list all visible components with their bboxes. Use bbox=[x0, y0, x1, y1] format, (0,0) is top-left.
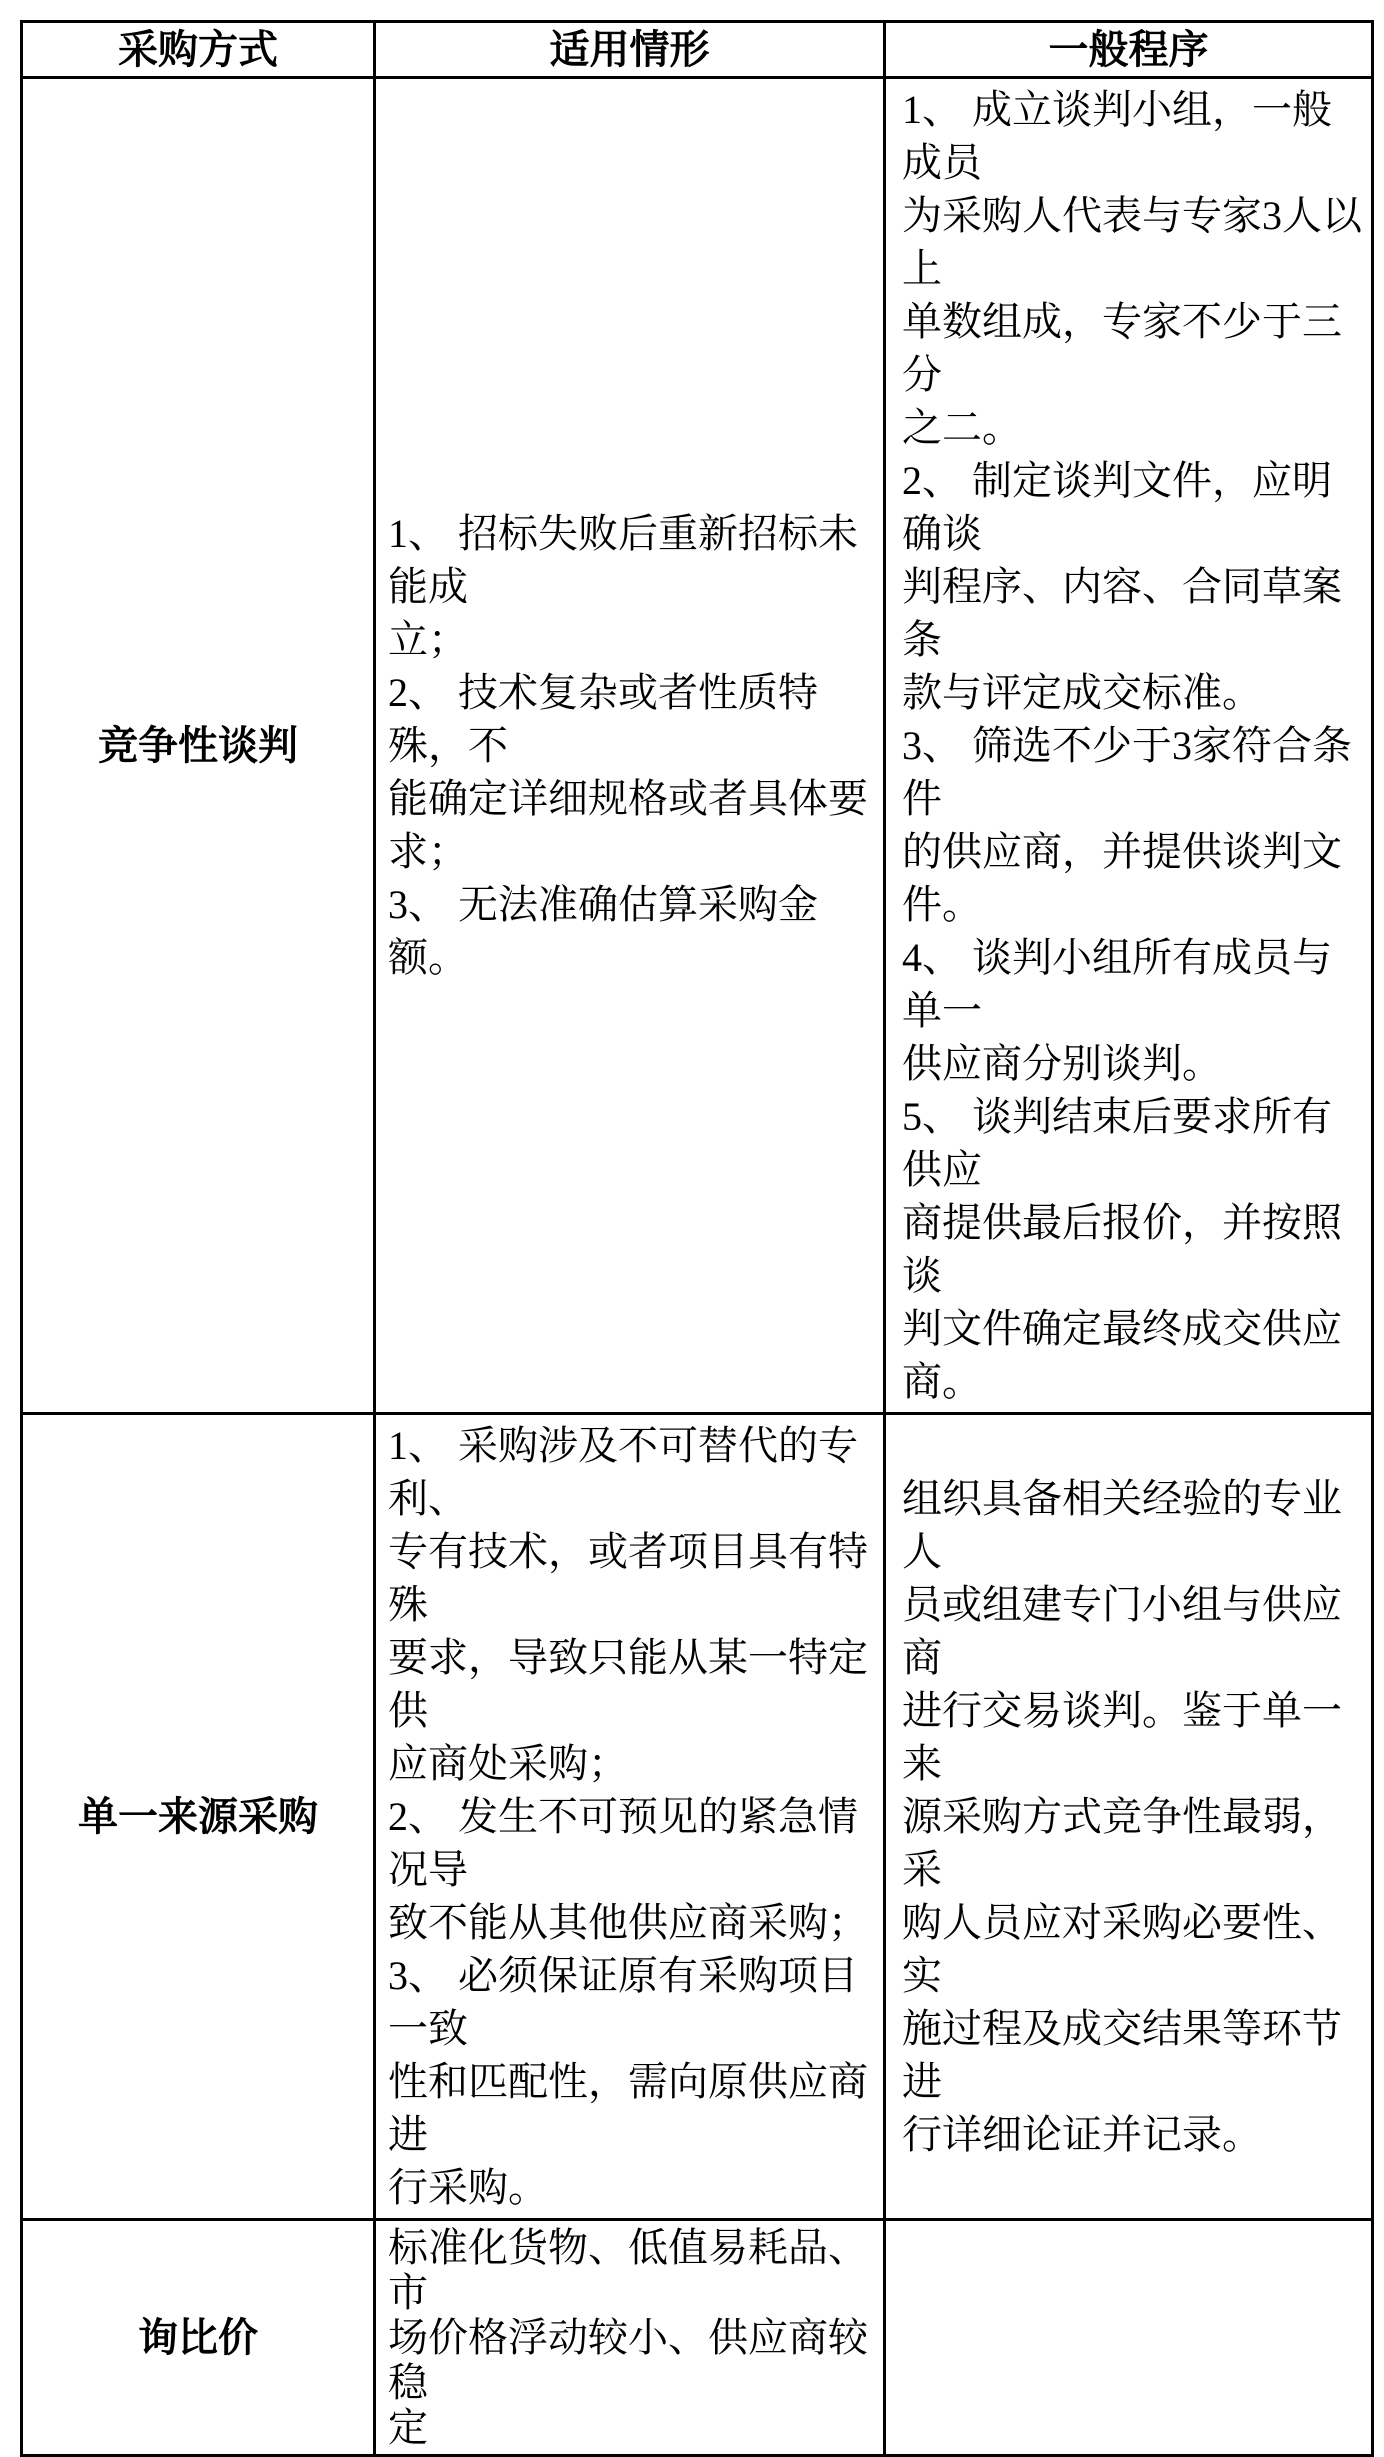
method-cell-single-source: 单一来源采购 bbox=[22, 1414, 375, 2220]
document-page: 采购方式 适用情形 一般程序 竞争性谈判 1、 招标失败后重新招标未能成 立； … bbox=[0, 0, 1384, 1606]
method-cell-inquiry-price: 询比价 bbox=[22, 2220, 375, 2456]
situation-cell-inquiry-price: 标准化货物、低值易耗品、市 场价格浮动较小、供应商较稳 定 bbox=[375, 2220, 885, 2456]
procedure-cell-inquiry-price bbox=[885, 2220, 1373, 2456]
table-row: 询比价 标准化货物、低值易耗品、市 场价格浮动较小、供应商较稳 定 bbox=[22, 2220, 1373, 2456]
header-situation: 适用情形 bbox=[375, 22, 885, 78]
procurement-methods-table: 采购方式 适用情形 一般程序 竞争性谈判 1、 招标失败后重新招标未能成 立； … bbox=[20, 20, 1374, 2457]
procedure-cell-competitive-negotiation: 1、 成立谈判小组，一般成员 为采购人代表与专家3人以上 单数组成，专家不少于三… bbox=[885, 78, 1373, 1414]
header-procedure: 一般程序 bbox=[885, 22, 1373, 78]
situation-cell-competitive-negotiation: 1、 招标失败后重新招标未能成 立； 2、 技术复杂或者性质特殊，不 能确定详细… bbox=[375, 78, 885, 1414]
table-header-row: 采购方式 适用情形 一般程序 bbox=[22, 22, 1373, 78]
table-row: 竞争性谈判 1、 招标失败后重新招标未能成 立； 2、 技术复杂或者性质特殊，不… bbox=[22, 78, 1373, 1414]
situation-cell-single-source: 1、 采购涉及不可替代的专利、 专有技术，或者项目具有特殊 要求，导致只能从某一… bbox=[375, 1414, 885, 2220]
method-cell-competitive-negotiation: 竞争性谈判 bbox=[22, 78, 375, 1414]
table-row: 单一来源采购 1、 采购涉及不可替代的专利、 专有技术，或者项目具有特殊 要求，… bbox=[22, 1414, 1373, 2220]
procedure-cell-single-source: 组织具备相关经验的专业人 员或组建专门小组与供应商 进行交易谈判。鉴于单一来 源… bbox=[885, 1414, 1373, 2220]
header-method: 采购方式 bbox=[22, 22, 375, 78]
